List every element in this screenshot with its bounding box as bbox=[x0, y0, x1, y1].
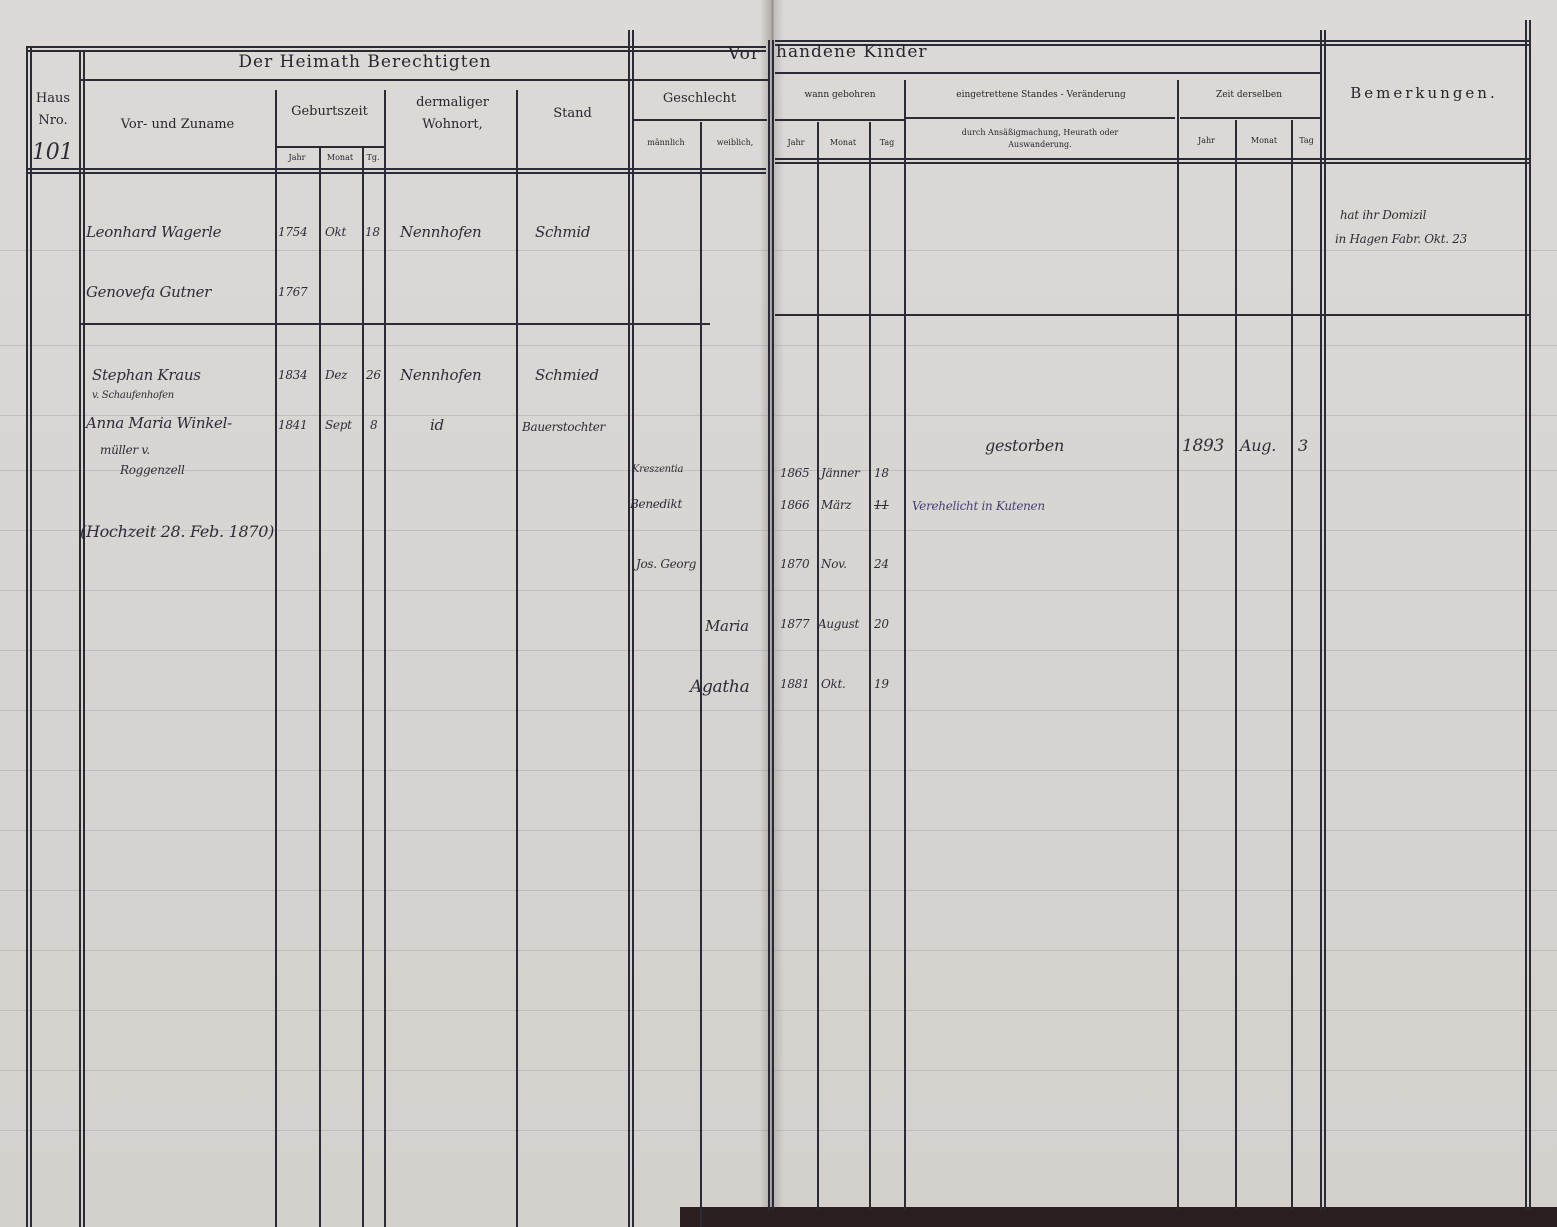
child-1-name: Kreszentia bbox=[632, 464, 683, 475]
status-change-2-text: Verehelicht in Kutenen bbox=[912, 499, 1045, 513]
book-gutter bbox=[760, 0, 784, 1227]
header-born-month: Monat bbox=[818, 138, 868, 147]
header-change-month: Monat bbox=[1237, 136, 1291, 145]
header-male: männlich bbox=[632, 138, 700, 147]
subheader-rule-zeit bbox=[1180, 117, 1320, 119]
header-status-change-sub: durch Ansäßigmachung, Heurath oder Auswa… bbox=[940, 127, 1140, 151]
header-born: wann gebohren bbox=[775, 90, 905, 100]
col-line bbox=[1320, 30, 1322, 1210]
entry-4-month: Sept bbox=[325, 418, 352, 432]
child-3-month: Nov. bbox=[821, 557, 847, 571]
status-change-1-year: 1893 bbox=[1182, 436, 1224, 456]
entry-1-month: Okt bbox=[325, 225, 346, 239]
child-2-name: Benedikt bbox=[630, 497, 682, 511]
header-change-day: Tag bbox=[1293, 136, 1320, 145]
col-line bbox=[628, 30, 630, 1227]
entry-1-status: Schmid bbox=[535, 223, 590, 241]
child-3-year: 1870 bbox=[780, 557, 809, 571]
col-line bbox=[384, 90, 386, 1227]
section-title-kinder-left: Vor bbox=[722, 44, 766, 64]
wedding-note: (Hochzeit 28. Feb. 1870) bbox=[80, 522, 274, 541]
child-1-day: 18 bbox=[874, 466, 889, 480]
status-change-1-month: Aug. bbox=[1240, 436, 1276, 455]
header-geburtszeit: Geburtszeit bbox=[277, 104, 382, 119]
row-separator-right bbox=[775, 314, 1530, 316]
header-haus-nro: Haus Nro. bbox=[28, 88, 78, 132]
child-5-day: 19 bbox=[874, 677, 889, 691]
header-bottom-right bbox=[775, 158, 1530, 160]
child-3-name: Jos. Georg bbox=[636, 557, 696, 571]
header-birth-month: Monat bbox=[320, 153, 360, 162]
header-born-day: Tag bbox=[870, 138, 904, 147]
header-name: Vor- und Zuname bbox=[85, 117, 270, 132]
col-line bbox=[1177, 80, 1179, 1210]
subheader-rule-status bbox=[905, 117, 1175, 119]
entry-3-status: Schmied bbox=[535, 366, 599, 384]
header-zeit-derselben: Zeit derselben bbox=[1178, 90, 1320, 100]
header-remarks: Bemerkungen. bbox=[1325, 84, 1523, 102]
subheader-rule-geschlecht bbox=[632, 119, 767, 121]
top-border-left bbox=[26, 46, 766, 48]
child-1-month: Jänner bbox=[821, 466, 859, 480]
header-status-change: eingetrettene Standes - Veränderung bbox=[906, 90, 1176, 100]
remark-row1-line2: in Hagen Fabr. Okt. 23 bbox=[1335, 232, 1467, 246]
col-line bbox=[1291, 120, 1293, 1210]
section-title-heimath: Der Heimath Berechtigten bbox=[215, 52, 515, 72]
header-bottom-left bbox=[26, 168, 766, 170]
entry-3-day: 26 bbox=[366, 368, 381, 382]
entry-4-day: 8 bbox=[370, 418, 377, 432]
child-5-month: Okt. bbox=[821, 677, 846, 691]
title-rule-left bbox=[80, 79, 770, 81]
header-female: weiblich, bbox=[703, 138, 767, 147]
subheader-rule-born bbox=[775, 119, 905, 121]
child-4-year: 1877 bbox=[780, 617, 809, 631]
status-change-1-day: 3 bbox=[1298, 436, 1308, 455]
header-geschlecht: Geschlecht bbox=[632, 91, 767, 106]
col-line bbox=[904, 80, 906, 1210]
header-born-year: Jahr bbox=[775, 138, 817, 147]
child-3-day: 24 bbox=[874, 557, 889, 571]
col-line bbox=[817, 122, 819, 1210]
col-line bbox=[319, 148, 321, 1227]
entry-2-name: Genovefa Gutner bbox=[86, 283, 211, 301]
header-change-year: Jahr bbox=[1178, 136, 1235, 145]
header-residence: dermaliger Wohnort, bbox=[395, 92, 510, 136]
row-separator-left bbox=[80, 323, 710, 325]
child-2-day: 11 bbox=[874, 498, 889, 512]
entry-1-day: 18 bbox=[365, 225, 380, 239]
col-line bbox=[26, 46, 28, 1227]
entry-4-residence: id bbox=[430, 416, 444, 434]
title-rule-right bbox=[775, 72, 1320, 74]
entry-4-year: 1841 bbox=[278, 418, 307, 432]
entry-3-year: 1834 bbox=[278, 368, 307, 382]
child-5-name: Agatha bbox=[690, 677, 749, 697]
col-line bbox=[869, 122, 871, 1210]
child-4-month: August bbox=[818, 617, 859, 631]
col-line bbox=[275, 90, 277, 1227]
entry-1-name: Leonhard Wagerle bbox=[86, 223, 221, 241]
entry-4-name-line3: Roggenzell bbox=[120, 463, 185, 477]
section-title-kinder-right: handene Kinder bbox=[776, 42, 936, 62]
entry-2-year: 1767 bbox=[278, 285, 307, 299]
status-change-1-text: gestorben bbox=[985, 436, 1064, 455]
entry-1-residence: Nennhofen bbox=[400, 223, 481, 241]
entry-4-name-line2: müller v. bbox=[100, 443, 150, 457]
book-bottom-edge bbox=[680, 1207, 1557, 1227]
entry-4-status: Bauerstochter bbox=[522, 420, 605, 434]
col-line bbox=[362, 148, 364, 1227]
entry-3-name: Stephan Kraus bbox=[92, 366, 201, 384]
child-4-name: Maria bbox=[705, 617, 749, 635]
header-stand: Stand bbox=[520, 106, 625, 121]
col-line bbox=[768, 40, 770, 1210]
col-line bbox=[1235, 120, 1237, 1210]
entry-3-name-line2: v. Schaufenhofen bbox=[92, 390, 174, 401]
entry-1-year: 1754 bbox=[278, 225, 307, 239]
col-line bbox=[516, 90, 518, 1227]
entry-4-name: Anna Maria Winkel- bbox=[86, 414, 232, 432]
col-line bbox=[1525, 20, 1527, 1210]
house-number: 101 bbox=[32, 140, 73, 165]
child-5-year: 1881 bbox=[780, 677, 809, 691]
child-1-year: 1865 bbox=[780, 466, 809, 480]
child-4-day: 20 bbox=[874, 617, 889, 631]
remark-row1-line1: hat ihr Domizil bbox=[1340, 208, 1426, 222]
entry-3-month: Dez bbox=[325, 368, 347, 382]
right-page bbox=[772, 0, 1557, 1227]
col-line bbox=[700, 122, 702, 1227]
child-2-month: März bbox=[821, 498, 851, 512]
left-page bbox=[0, 0, 772, 1227]
col-line bbox=[79, 50, 81, 1227]
child-2-year: 1866 bbox=[780, 498, 809, 512]
subheader-rule-birth bbox=[275, 146, 385, 148]
header-birth-year: Jahr bbox=[277, 153, 317, 162]
entry-3-residence: Nennhofen bbox=[400, 366, 481, 384]
header-birth-day: Tg. bbox=[363, 153, 383, 162]
